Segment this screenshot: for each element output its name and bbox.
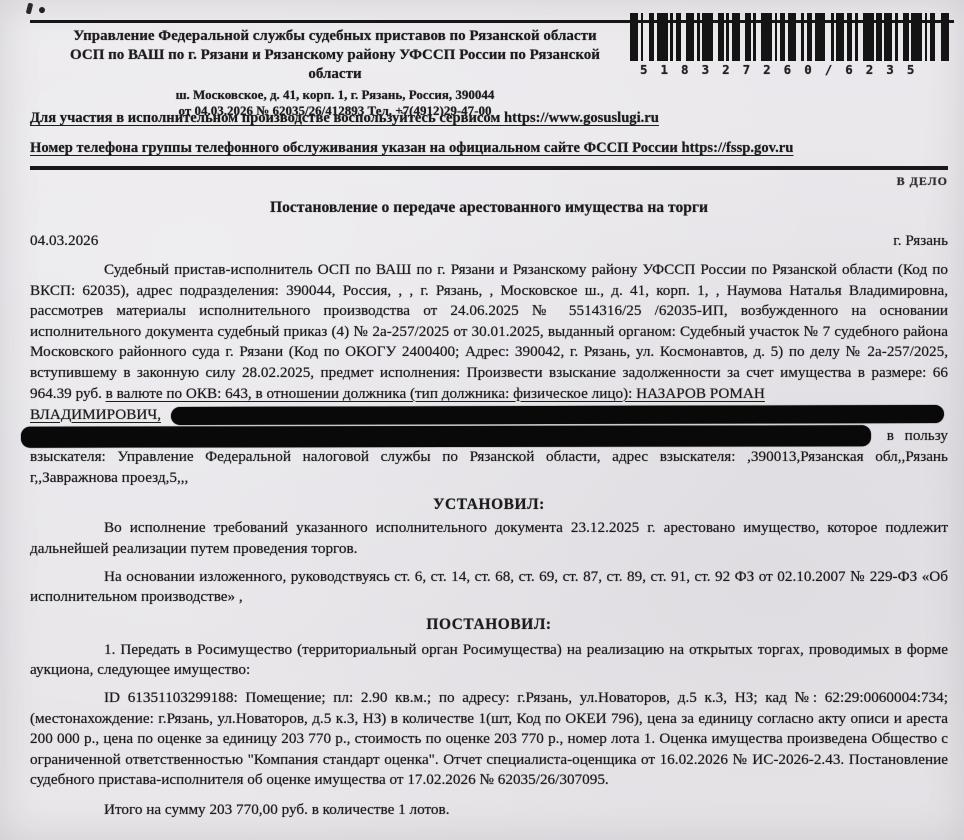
- header-bottom-rule: [30, 166, 948, 170]
- barcode-digits: 518327260/6235: [630, 62, 952, 77]
- document-content: Для участия в исполнительном производств…: [30, 108, 948, 820]
- fssp-phone-line: Номер телефона группы телефонного обслуж…: [30, 138, 948, 158]
- org-name-line1: Управление Федеральной службы судебных п…: [35, 27, 635, 46]
- claimant-paragraph: взыскателя: Управление Федеральной налог…: [30, 447, 948, 488]
- heading-ustanovil: УСТАНОВИЛ:: [30, 494, 948, 515]
- date-city-row: 04.03.2026 г. Рязань: [30, 231, 948, 250]
- org-address: ш. Московское, д. 41, корп. 1, г. Рязань…: [35, 87, 635, 103]
- property-description-paragraph: ID 61351103299188: Помещение; пл: 2.90 к…: [30, 688, 948, 791]
- redaction-bar-2: [21, 425, 871, 447]
- scanned-document-page: Управление Федеральной службы судебных п…: [0, 0, 964, 840]
- barcode: 518327260/6235: [630, 13, 952, 77]
- preamble-paragraph: Судебный пристав-исполнитель ОСП по ВАШ …: [30, 260, 948, 404]
- heading-postanovil: ПОСТАНОВИЛ:: [30, 614, 948, 635]
- document-title: Постановление о передаче арестованного и…: [30, 198, 948, 218]
- corner-pen-mark: [26, 3, 34, 15]
- postanovil-paragraph-1: 1. Передать в Росимущество (территориаль…: [30, 640, 948, 681]
- letterhead: Управление Федеральной службы судебных п…: [35, 27, 635, 119]
- redaction-bar-1: [171, 405, 944, 425]
- gosuslugi-service-line: Для участия в исполнительном производств…: [30, 108, 948, 128]
- v-polzu-text: в пользу: [887, 426, 948, 447]
- barcode-bars: [630, 13, 952, 61]
- debtor-surname: ВЛАДИМИРОВИЧ,: [30, 405, 161, 426]
- total-paragraph: Итого на сумму 203 770,00 руб. в количес…: [30, 800, 948, 821]
- org-name-line2: ОСП по ВАШ по г. Рязани и Рязанскому рай…: [55, 46, 615, 84]
- debtor-info-underlined: в валюте по ОКВ: 643, в отношении должни…: [106, 385, 765, 402]
- document-date: 04.03.2026: [30, 231, 98, 250]
- ustanovil-paragraph-2: На основании изложенного, руководствуясь…: [30, 567, 948, 608]
- ustanovil-paragraph-1: Во исполнение требований указанного испо…: [30, 518, 948, 559]
- redaction-line-1: ВЛАДИМИРОВИЧ,: [30, 404, 948, 426]
- redaction-line-2: в пользу: [30, 426, 948, 448]
- document-body: Судебный пристав-исполнитель ОСП по ВАШ …: [30, 260, 948, 820]
- document-city: г. Рязань: [893, 231, 948, 250]
- preamble-text: Судебный пристав-исполнитель ОСП по ВАШ …: [30, 261, 948, 402]
- v-delo-stamp: В ДЕЛО: [30, 174, 948, 188]
